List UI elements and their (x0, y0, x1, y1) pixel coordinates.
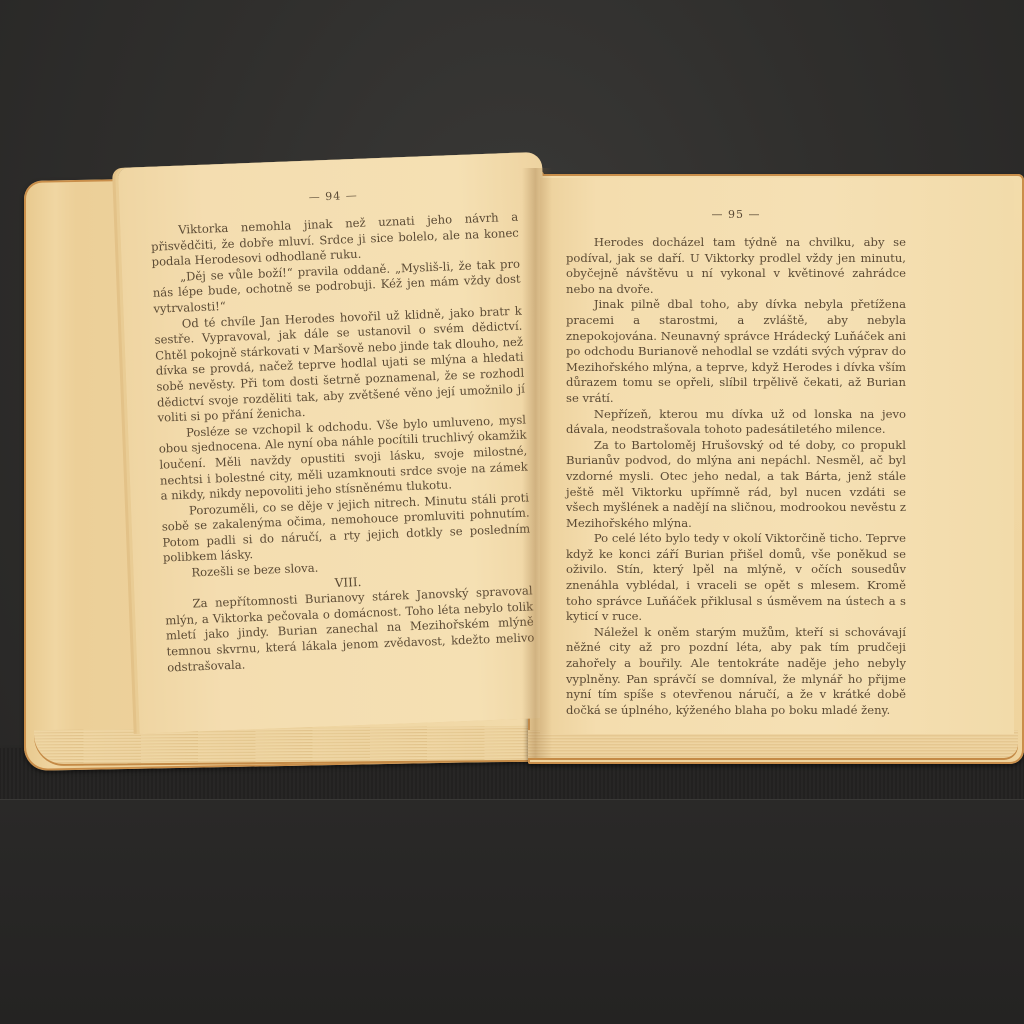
left-page: — 94 — Viktorka nemohla jinak než uznati… (118, 152, 563, 734)
page-number-95: — 95 — (566, 208, 906, 221)
paragraph: Posléze se vzchopil k odchodu. Vše bylo … (158, 412, 529, 504)
page-number-94: — 94 — (149, 183, 517, 210)
left-page-body: Viktorka nemohla jinak než uznati jeho n… (150, 210, 535, 676)
paragraph: Po celé léto bylo tedy v okolí Viktorčin… (566, 531, 906, 625)
paragraph: Za nepřítomnosti Burianovy stárek Janovs… (165, 584, 536, 676)
paragraph: Herodes docházel tam týdně na chvilku, a… (566, 235, 906, 297)
left-page-content: — 94 — Viktorka nemohla jinak než uznati… (149, 183, 535, 676)
paragraph: Za to Bartoloměj Hrušovský od té doby, c… (566, 438, 906, 532)
right-page-content: — 95 — Herodes docházel tam týdně na chv… (566, 208, 906, 718)
paragraph: Jinak pilně dbal toho, aby dívka nebyla … (566, 297, 906, 406)
paragraph: Nepřízeň, kterou mu dívka už od lonska n… (566, 407, 906, 438)
right-page-body: Herodes docházel tam týdně na chvilku, a… (566, 235, 906, 718)
paragraph: Náležel k oněm starým mužům, kteří si sc… (566, 625, 906, 719)
left-page-edges (34, 726, 534, 766)
photo-scene: — 94 — Viktorka nemohla jinak než uznati… (0, 0, 1024, 1024)
right-page-edges (528, 730, 1018, 760)
table-surface (0, 800, 1024, 1024)
right-page: — 95 — Herodes docházel tam týdně na chv… (540, 178, 1014, 734)
paragraph: Od té chvíle Jan Herodes hovořil už klid… (154, 303, 526, 426)
